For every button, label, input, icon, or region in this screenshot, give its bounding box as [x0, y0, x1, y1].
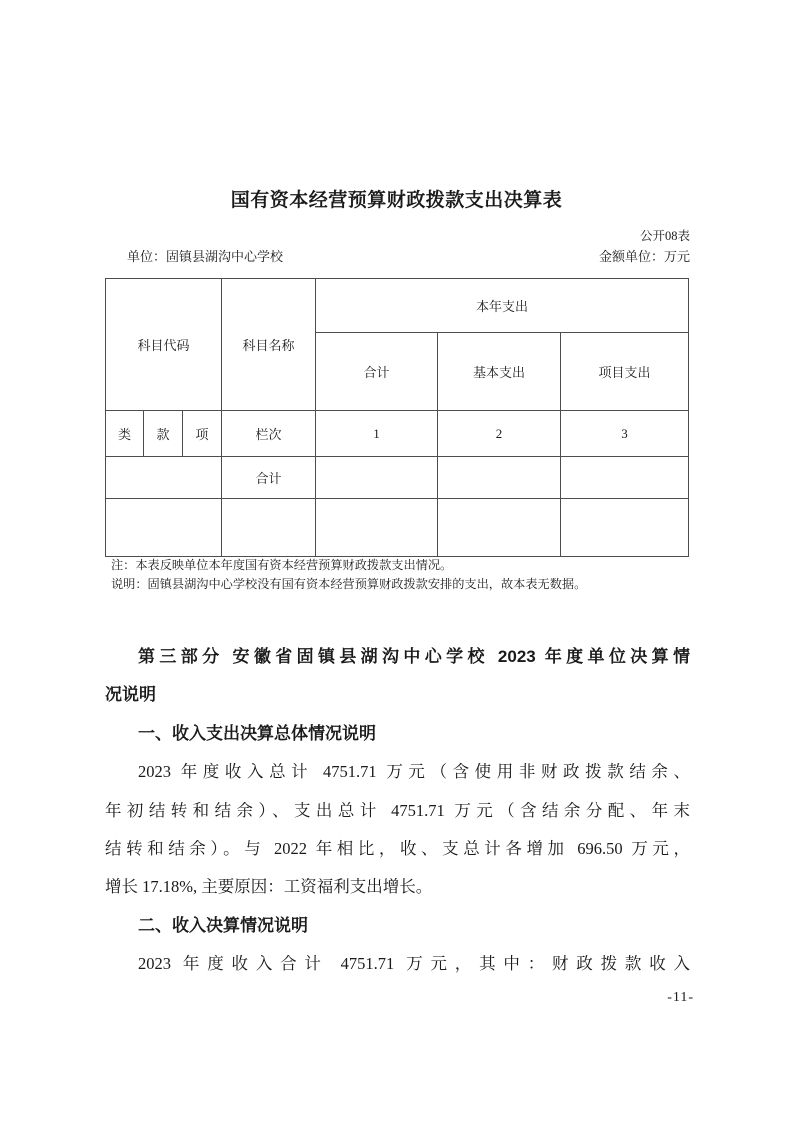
index-label: 栏次 [222, 411, 316, 457]
header-project-expenditure: 项目支出 [561, 333, 689, 411]
part3-heading-line-1: 第三部分 安徽省固镇县湖沟中心学校 2023 年度单位决算情 [105, 638, 690, 676]
section2-heading: 二、收入决算情况说明 [105, 907, 690, 945]
note-line: 注：本表反映单位本年度国有资本经营预算财政拨款支出情况。 [111, 556, 693, 575]
total-row-basic-cell [438, 457, 561, 499]
document-page: 国有资本经营预算财政拨款支出决算表 公开08表 单位：固镇县湖沟中心学校 金额单… [0, 0, 793, 1122]
index-category: 类 [106, 411, 144, 457]
page-number: -11- [667, 990, 694, 1006]
amount-unit-label: 金额单位：万元 [599, 246, 690, 265]
report-title: 国有资本经营预算财政拨款支出决算表 [0, 185, 793, 212]
header-subject-name: 科目名称 [222, 279, 316, 411]
section1-paragraph-line: 年初结转和结余）、支出总计 4751.71 万元（含结余分配、年末 [105, 792, 690, 830]
section1-paragraph-line: 增长 17.18%, 主要原因：工资福利支出增长。 [105, 868, 690, 906]
section1-paragraph-line: 2023 年度收入总计 4751.71 万元（含使用非财政拨款结余、 [105, 753, 690, 791]
total-row-project-cell [561, 457, 689, 499]
empty-row-total-cell [316, 499, 438, 557]
unit-name-label: 单位：固镇县湖沟中心学校 [127, 246, 283, 265]
table-header-row-1: 科目代码 科目名称 本年支出 [106, 279, 689, 333]
table-notes: 注：本表反映单位本年度国有资本经营预算财政拨款支出情况。 说明：固镇县湖沟中心学… [111, 556, 693, 594]
empty-row-project-cell [561, 499, 689, 557]
section1-paragraph-line: 结转和结余）。与 2022 年相比，收、支总计各增加 696.50 万元， [105, 830, 690, 868]
section2-paragraph-line: 2023 年度收入合计 4751.71 万元，其中：财政拨款收入 [105, 945, 690, 983]
header-subject-code: 科目代码 [106, 279, 222, 411]
empty-row-name-cell [222, 499, 316, 557]
index-col-2: 2 [438, 411, 561, 457]
table-meta-row: 单位：固镇县湖沟中心学校 金额单位：万元 [127, 246, 690, 265]
index-col-1: 1 [316, 411, 438, 457]
header-total: 合计 [316, 333, 438, 411]
column-index-row: 类 款 项 栏次 1 2 3 [106, 411, 689, 457]
index-item: 项 [183, 411, 222, 457]
empty-data-row [106, 499, 689, 557]
budget-expenditure-table: 科目代码 科目名称 本年支出 合计 基本支出 项目支出 类 款 项 栏次 1 2… [105, 278, 689, 557]
explanation-line: 说明：固镇县湖沟中心学校没有国有资本经营预算财政拨款安排的支出，故本表无数据。 [111, 575, 693, 594]
index-col-3: 3 [561, 411, 689, 457]
total-row-code-cell [106, 457, 222, 499]
empty-row-code-cell [106, 499, 222, 557]
total-row: 合计 [106, 457, 689, 499]
section1-heading: 一、收入支出决算总体情况说明 [105, 715, 690, 753]
empty-row-basic-cell [438, 499, 561, 557]
header-current-year-expenditure: 本年支出 [316, 279, 689, 333]
header-basic-expenditure: 基本支出 [438, 333, 561, 411]
statement-section: 第三部分 安徽省固镇县湖沟中心学校 2023 年度单位决算情 况说明 一、收入支… [105, 638, 690, 984]
total-row-name-cell: 合计 [222, 457, 316, 499]
part3-heading-line-2: 况说明 [105, 676, 690, 714]
index-section: 款 [144, 411, 183, 457]
total-row-total-cell [316, 457, 438, 499]
form-number-label: 公开08表 [640, 226, 690, 244]
